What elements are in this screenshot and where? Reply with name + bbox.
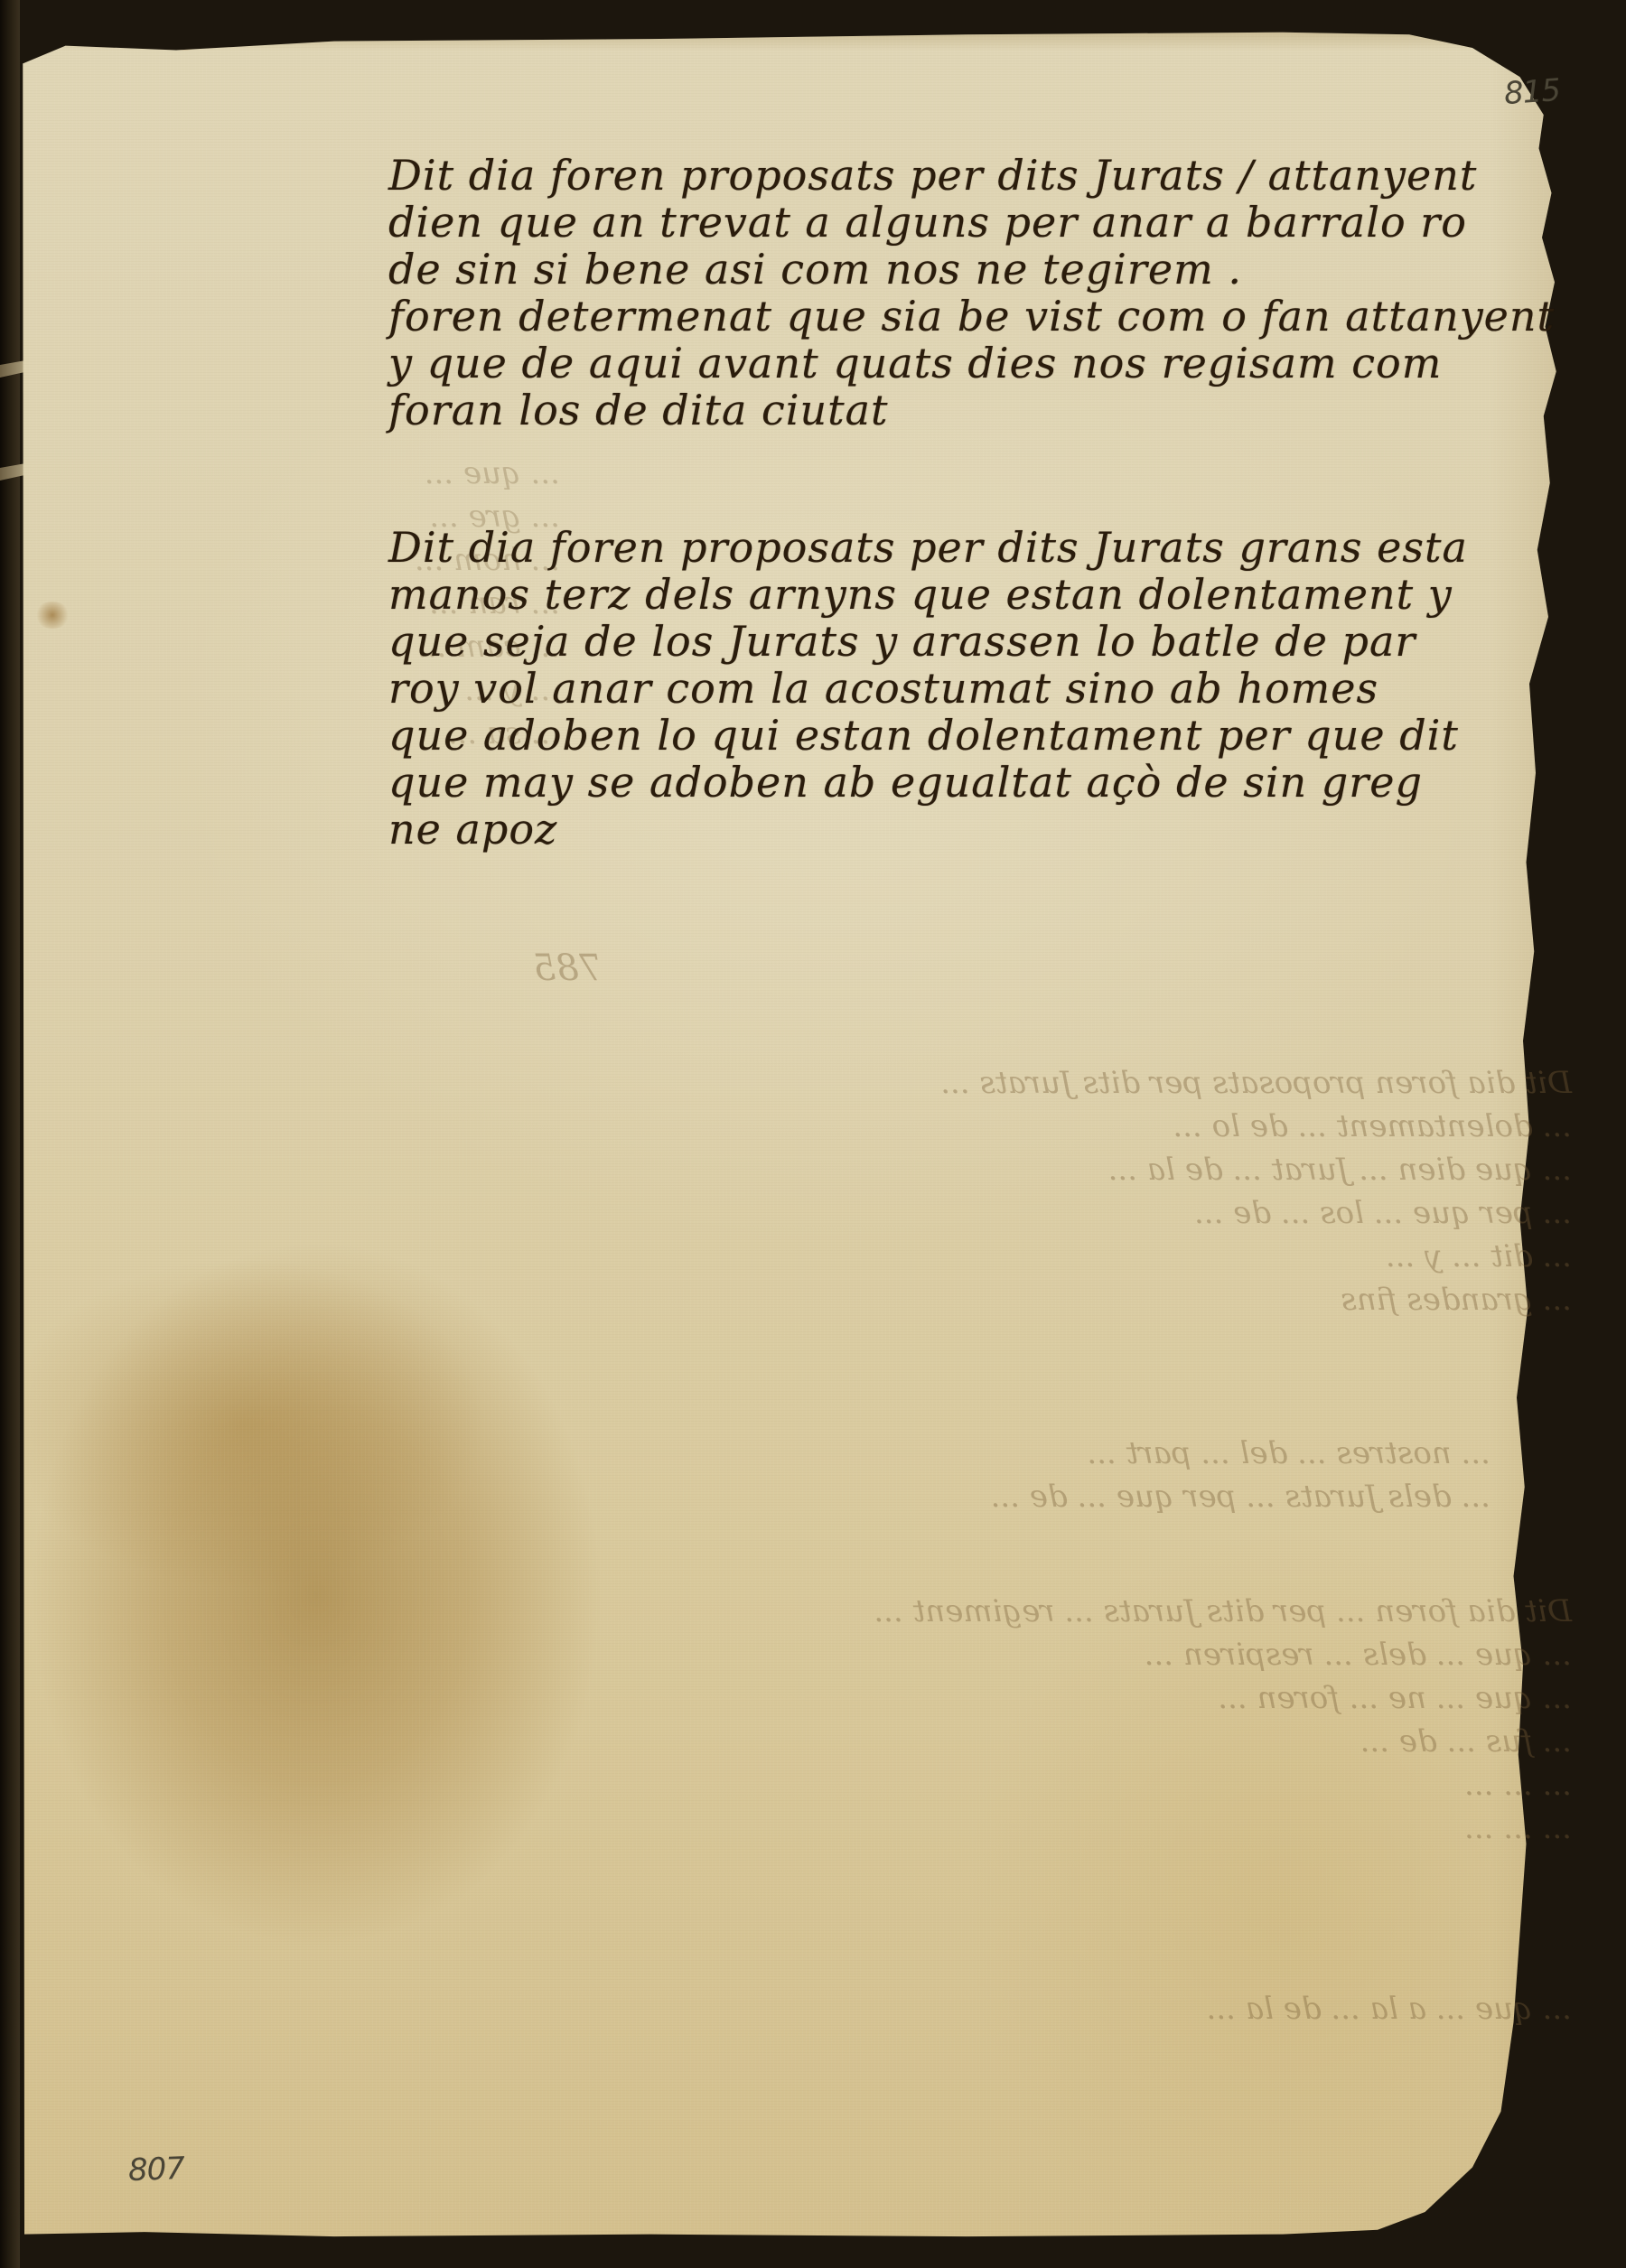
folio-number-bottom: 807 xyxy=(127,2151,184,2189)
top-edge-discoloration xyxy=(18,14,1599,51)
manuscript-line: dien que an trevat a alguns per anar a b… xyxy=(388,199,1555,246)
bleed-line: ... grandes fins xyxy=(235,1278,1572,1321)
manuscript-line: Dit dia foren proposats per dits Jurats … xyxy=(388,524,1468,571)
manuscript-line: que may se adoben ab egualtat açò de sin… xyxy=(388,759,1468,806)
manuscript-line: y que de aqui avant quats dies nos regis… xyxy=(388,340,1555,387)
bleed-line: ... que ... ne ... foren ... xyxy=(235,1676,1572,1720)
bleed-through-block-3: Dit dia foren ... per dits Jurats ... re… xyxy=(235,1590,1572,1850)
bleed-line: ... que ... a la ... de la ... xyxy=(235,1987,1572,2030)
bleed-line: ... que dien ... Jurat ... de la ... xyxy=(235,1148,1572,1191)
bleed-line: ... dolentament ... de lo ... xyxy=(235,1105,1572,1148)
bleed-line: ... ... ... xyxy=(235,1806,1572,1850)
bleed-through-mark: 785 xyxy=(533,947,602,990)
manuscript-line: roy vol anar com la acostumat sino ab ho… xyxy=(388,665,1468,712)
paragraph-2: Dit dia foren proposats per dits Jurats … xyxy=(388,524,1468,853)
manuscript-line: que adoben lo qui estan dolentament per … xyxy=(388,712,1468,759)
bleed-through-block-1: Dit dia foren proposats per dits Jurats … xyxy=(235,1061,1572,1321)
bleed-line: ... dels Jurats ... per que ... de ... xyxy=(298,1475,1490,1518)
bleed-line: ... per que ... los ... de ... xyxy=(235,1191,1572,1235)
manuscript-line: de sin si bene asi com nos ne tegirem . xyxy=(388,246,1555,293)
manuscript-line: Dit dia foren proposats per dits Jurats … xyxy=(388,152,1555,199)
bleed-line: ... ... ... xyxy=(235,1763,1572,1806)
bleed-through-block-2: ... nostres ... del ... part ... ... del… xyxy=(298,1432,1490,1518)
folio-number-top: 815 xyxy=(1503,72,1562,112)
manuscript-line: manos terz dels arnyns que estan dolenta… xyxy=(388,571,1468,618)
manuscript-line: que seja de los Jurats y arassen lo batl… xyxy=(388,618,1468,665)
bleed-line: Dit dia foren proposats per dits Jurats … xyxy=(235,1061,1572,1105)
bleed-through-block-4: ... que ... a la ... de la ... xyxy=(235,1987,1572,2030)
bleed-line: Dit dia foren ... per dits Jurats ... re… xyxy=(235,1590,1572,1633)
manuscript-line: foran los de dita ciutat xyxy=(388,387,1555,434)
manuscript-line: ne apoz xyxy=(388,806,1468,853)
bleed-line: ... dit ... y ... xyxy=(235,1235,1572,1278)
bleed-line: ... nostres ... del ... part ... xyxy=(298,1432,1490,1475)
bleed-line: ... que ... dels ... respiren ... xyxy=(235,1633,1572,1676)
stain-spot xyxy=(34,602,70,629)
bleed-line: ... que ... xyxy=(235,452,560,495)
paragraph-1: Dit dia foren proposats per dits Jurats … xyxy=(388,152,1555,434)
bleed-line: ... fus ... de ... xyxy=(235,1720,1572,1763)
binding-strip xyxy=(0,0,20,2268)
manuscript-scan: ... que ... ... gre ... ... hom ... ... … xyxy=(0,0,1626,2268)
stain-spot xyxy=(172,33,199,51)
manuscript-line: foren determenat que sia be vist com o f… xyxy=(388,293,1555,340)
